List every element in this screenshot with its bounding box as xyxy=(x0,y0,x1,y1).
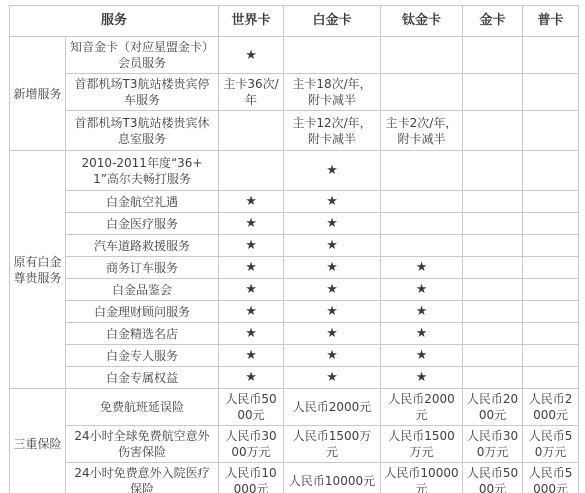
benefit-value-cell xyxy=(284,37,381,74)
benefit-value-cell: ★ xyxy=(381,257,463,279)
benefit-value-cell: ★ xyxy=(219,235,284,257)
table-row: 24小时全球免费航空意外伤害保险人民币3000万元人民币1500万元人民币150… xyxy=(10,426,579,463)
benefit-value-cell xyxy=(381,37,463,74)
table-row: 白金精选名店★★★ xyxy=(10,323,579,345)
service-name-cell: 商务订车服务 xyxy=(66,257,219,279)
benefit-value-cell: ★ xyxy=(219,279,284,301)
benefit-value-cell xyxy=(463,235,523,257)
benefit-value-cell: 人民币10000元 xyxy=(381,463,463,493)
benefit-value-cell xyxy=(463,279,523,301)
service-name-cell: 24小时免费意外入院医疗保险 xyxy=(66,463,219,493)
column-header-card: 钛金卡 xyxy=(381,6,463,37)
service-name-cell: 首都机场T3航站楼贵宾停车服务 xyxy=(66,74,219,111)
benefit-value-cell xyxy=(523,111,579,151)
benefit-value-cell: ★ xyxy=(219,367,284,389)
benefit-value-cell xyxy=(523,151,579,191)
benefit-value-cell: ★ xyxy=(219,257,284,279)
benefit-value-cell xyxy=(523,257,579,279)
service-name-cell: 2010-2011年度“36+1”高尔夫畅打服务 xyxy=(66,151,219,191)
benefit-value-cell: 主卡12次/年，附卡减半 xyxy=(284,111,381,151)
service-group-cell: 三重保险 xyxy=(10,389,66,493)
star-icon: ★ xyxy=(326,282,338,297)
benefit-value-cell: ★ xyxy=(219,37,284,74)
benefit-value-cell: 主卡18次/年，附卡减半 xyxy=(284,74,381,111)
table-row: 首都机场T3航站楼贵宾休息室服务主卡12次/年，附卡减半主卡2次/年，附卡减半 xyxy=(10,111,579,151)
benefit-value-cell xyxy=(523,323,579,345)
table-row: 汽车道路救援服务★★ xyxy=(10,235,579,257)
benefit-value-cell: 人民币10000元 xyxy=(219,463,284,493)
card-benefits-table: 服务 世界卡白金卡钛金卡金卡普卡 新增服务知音金卡（对应星盟金卡）会员服务★首都… xyxy=(9,5,579,493)
benefit-value-cell xyxy=(381,191,463,213)
benefit-value-cell xyxy=(523,74,579,111)
benefit-value-cell xyxy=(523,191,579,213)
service-name-cell: 白金精选名店 xyxy=(66,323,219,345)
star-icon: ★ xyxy=(326,260,338,275)
benefit-value-cell: 人民币50万元 xyxy=(523,426,579,463)
benefit-value-cell xyxy=(463,213,523,235)
star-icon: ★ xyxy=(416,282,428,297)
star-icon: ★ xyxy=(326,238,338,253)
benefit-value-cell: 人民币10000元 xyxy=(284,463,381,493)
star-icon: ★ xyxy=(326,304,338,319)
star-icon: ★ xyxy=(245,260,257,275)
table-row: 新增服务知音金卡（对应星盟金卡）会员服务★ xyxy=(10,37,579,74)
table-row: 三重保险免费航班延误险人民币5000元人民币2000元人民币2000元人民币20… xyxy=(10,389,579,426)
benefit-value-cell xyxy=(523,279,579,301)
benefit-value-cell: ★ xyxy=(284,323,381,345)
benefit-value-cell xyxy=(523,213,579,235)
benefit-value-cell xyxy=(463,301,523,323)
benefit-value-cell xyxy=(381,151,463,191)
service-name-cell: 24小时全球免费航空意外伤害保险 xyxy=(66,426,219,463)
star-icon: ★ xyxy=(245,282,257,297)
benefit-value-cell: ★ xyxy=(284,257,381,279)
star-icon: ★ xyxy=(245,216,257,231)
benefit-value-cell xyxy=(463,191,523,213)
service-name-cell: 白金医疗服务 xyxy=(66,213,219,235)
table-row: 商务订车服务★★★ xyxy=(10,257,579,279)
star-icon: ★ xyxy=(416,304,428,319)
star-icon: ★ xyxy=(245,326,257,341)
benefit-value-cell xyxy=(523,345,579,367)
benefit-value-cell: ★ xyxy=(219,323,284,345)
benefit-value-cell: 人民币5000元 xyxy=(523,463,579,493)
service-name-cell: 白金专人服务 xyxy=(66,345,219,367)
table-header-row: 服务 世界卡白金卡钛金卡金卡普卡 xyxy=(10,6,579,37)
star-icon: ★ xyxy=(326,194,338,209)
service-name-cell: 白金航空礼遇 xyxy=(66,191,219,213)
benefit-value-cell xyxy=(463,151,523,191)
benefit-value-cell: ★ xyxy=(219,345,284,367)
benefit-value-cell: ★ xyxy=(284,367,381,389)
page: 服务 世界卡白金卡钛金卡金卡普卡 新增服务知音金卡（对应星盟金卡）会员服务★首都… xyxy=(0,0,585,493)
table-row: 原有白金尊贵服务2010-2011年度“36+1”高尔夫畅打服务★ xyxy=(10,151,579,191)
benefit-value-cell: ★ xyxy=(284,213,381,235)
benefit-value-cell: 人民币2000元 xyxy=(523,389,579,426)
benefit-value-cell: 人民币1500万元 xyxy=(381,426,463,463)
star-icon: ★ xyxy=(326,370,338,385)
benefit-value-cell: ★ xyxy=(381,279,463,301)
benefit-value-cell: ★ xyxy=(219,213,284,235)
benefit-value-cell xyxy=(463,111,523,151)
star-icon: ★ xyxy=(326,326,338,341)
table-row: 24小时免费意外入院医疗保险人民币10000元人民币10000元人民币10000… xyxy=(10,463,579,493)
star-icon: ★ xyxy=(416,348,428,363)
benefit-value-cell: ★ xyxy=(219,191,284,213)
benefit-value-cell: 主卡2次/年，附卡减半 xyxy=(381,111,463,151)
benefit-value-cell: ★ xyxy=(284,235,381,257)
table-row: 白金品鉴会★★★ xyxy=(10,279,579,301)
benefit-value-cell xyxy=(463,345,523,367)
benefit-value-cell xyxy=(219,111,284,151)
benefit-value-cell xyxy=(523,367,579,389)
service-name-cell: 首都机场T3航站楼贵宾休息室服务 xyxy=(66,111,219,151)
service-name-cell: 免费航班延误险 xyxy=(66,389,219,426)
service-name-cell: 知音金卡（对应星盟金卡）会员服务 xyxy=(66,37,219,74)
benefit-value-cell: ★ xyxy=(284,345,381,367)
benefit-value-cell: ★ xyxy=(219,301,284,323)
star-icon: ★ xyxy=(416,326,428,341)
service-name-cell: 汽车道路救援服务 xyxy=(66,235,219,257)
star-icon: ★ xyxy=(245,348,257,363)
benefit-value-cell xyxy=(219,151,284,191)
star-icon: ★ xyxy=(245,194,257,209)
benefit-value-cell: ★ xyxy=(381,345,463,367)
benefit-value-cell xyxy=(463,74,523,111)
table-row: 白金专属权益★★★ xyxy=(10,367,579,389)
table-row: 白金理财顾问服务★★★ xyxy=(10,301,579,323)
star-icon: ★ xyxy=(326,348,338,363)
benefit-value-cell xyxy=(463,37,523,74)
star-icon: ★ xyxy=(416,260,428,275)
benefit-value-cell xyxy=(463,323,523,345)
benefit-value-cell xyxy=(381,74,463,111)
benefit-value-cell: ★ xyxy=(284,191,381,213)
star-icon: ★ xyxy=(245,238,257,253)
table-row: 白金航空礼遇★★ xyxy=(10,191,579,213)
column-header-card: 金卡 xyxy=(463,6,523,37)
star-icon: ★ xyxy=(326,163,338,178)
star-icon: ★ xyxy=(416,370,428,385)
benefit-value-cell: 人民币5000元 xyxy=(463,463,523,493)
benefit-value-cell: 人民币300万元 xyxy=(463,426,523,463)
benefit-value-cell: 主卡36次/年 xyxy=(219,74,284,111)
benefit-value-cell: ★ xyxy=(284,301,381,323)
benefit-value-cell xyxy=(381,235,463,257)
benefit-value-cell xyxy=(463,367,523,389)
service-group-cell: 新增服务 xyxy=(10,37,66,151)
benefit-value-cell xyxy=(381,213,463,235)
benefit-value-cell: ★ xyxy=(381,367,463,389)
benefit-value-cell: 人民币3000万元 xyxy=(219,426,284,463)
benefit-value-cell: ★ xyxy=(381,323,463,345)
table-row: 白金专人服务★★★ xyxy=(10,345,579,367)
benefit-value-cell xyxy=(523,235,579,257)
star-icon: ★ xyxy=(245,304,257,319)
service-name-cell: 白金理财顾问服务 xyxy=(66,301,219,323)
service-group-cell: 原有白金尊贵服务 xyxy=(10,151,66,389)
benefit-value-cell: 人民币2000元 xyxy=(463,389,523,426)
column-header-card: 普卡 xyxy=(523,6,579,37)
benefit-value-cell: ★ xyxy=(284,151,381,191)
benefit-value-cell: 人民币2000元 xyxy=(381,389,463,426)
benefit-value-cell: 人民币1500万元 xyxy=(284,426,381,463)
column-header-card: 世界卡 xyxy=(219,6,284,37)
service-name-cell: 白金专属权益 xyxy=(66,367,219,389)
benefit-value-cell: ★ xyxy=(381,301,463,323)
benefit-value-cell xyxy=(523,301,579,323)
benefit-value-cell: ★ xyxy=(284,279,381,301)
column-header-card: 白金卡 xyxy=(284,6,381,37)
benefit-value-cell xyxy=(463,257,523,279)
table-row: 白金医疗服务★★ xyxy=(10,213,579,235)
star-icon: ★ xyxy=(245,48,257,63)
benefit-value-cell: 人民币2000元 xyxy=(284,389,381,426)
column-header-service: 服务 xyxy=(10,6,219,37)
service-name-cell: 白金品鉴会 xyxy=(66,279,219,301)
star-icon: ★ xyxy=(326,216,338,231)
star-icon: ★ xyxy=(245,370,257,385)
table-row: 首都机场T3航站楼贵宾停车服务主卡36次/年主卡18次/年，附卡减半 xyxy=(10,74,579,111)
benefit-value-cell xyxy=(523,37,579,74)
benefit-value-cell: 人民币5000元 xyxy=(219,389,284,426)
